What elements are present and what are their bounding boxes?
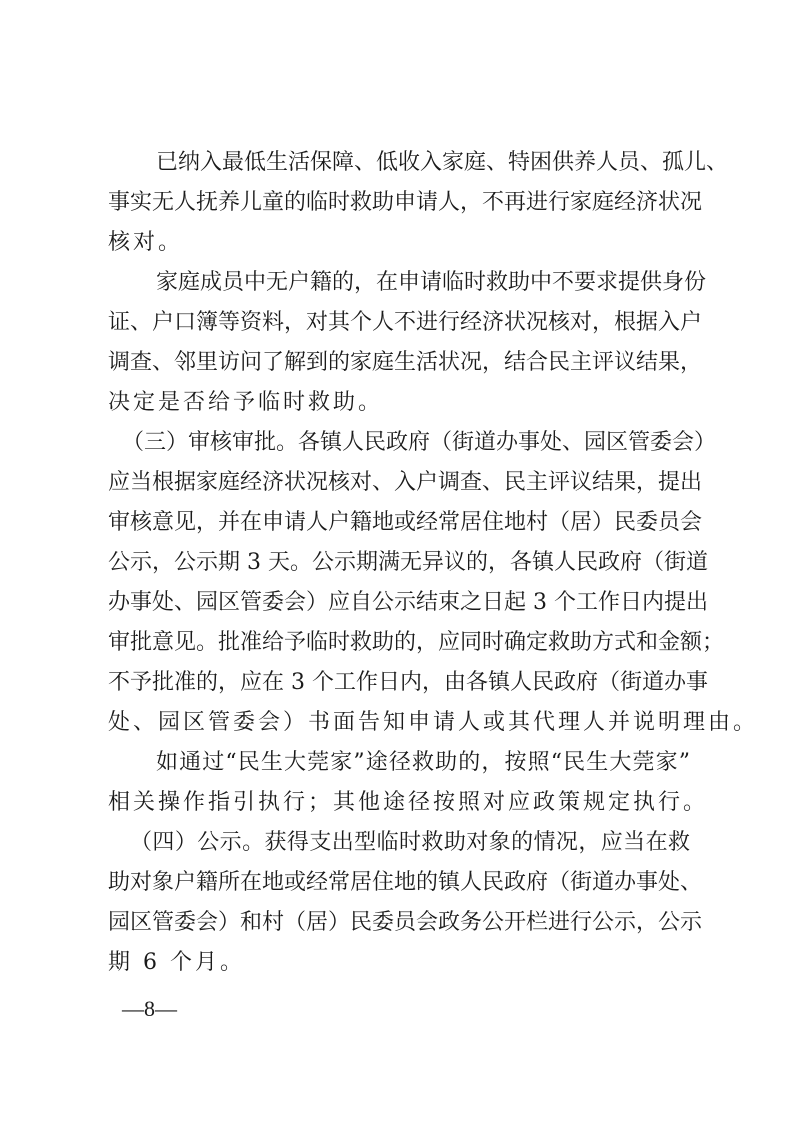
page-number: —8— — [122, 996, 177, 1022]
text-line: 期 6 个月。 — [108, 943, 690, 983]
paragraph: 已纳入最低生活保障、低收入家庭、特困供养人员、孤儿、 事实无人抚养儿童的临时救助… — [108, 143, 690, 263]
text-line: 审批意见。批准给予临时救助的，应同时确定救助方式和金额； — [108, 623, 690, 663]
text-line: 调查、邻里访问了解到的家庭生活状况，结合民主评议结果， — [108, 343, 690, 383]
text-line: 公示，公示期 3 天。公示期满无异议的，各镇人民政府（街道 — [108, 543, 690, 583]
text-line: 如通过“民生大莞家”途径救助的，按照“民生大莞家” — [108, 743, 690, 783]
text-line: 核对。 — [108, 223, 690, 263]
text-line: 处、园区管委会）书面告知申请人或其代理人并说明理由。 — [108, 703, 690, 743]
text-line: 园区管委会）和村（居）民委员会政务公开栏进行公示，公示 — [108, 903, 690, 943]
paragraph-section-review-approval: （三）审核审批。各镇人民政府（街道办事处、园区管委会） 应当根据家庭经济状况核对… — [108, 423, 690, 743]
text-line: 已纳入最低生活保障、低收入家庭、特困供养人员、孤儿、 — [108, 143, 690, 183]
text-line: 证、户口簿等资料，对其个人不进行经济状况核对，根据入户 — [108, 303, 690, 343]
text-line: 审核意见，并在申请人户籍地或经常居住地村（居）民委员会 — [108, 503, 690, 543]
text-line: 决定是否给予临时救助。 — [108, 383, 690, 423]
text-line: 办事处、园区管委会）应自公示结束之日起 3 个工作日内提出 — [108, 583, 690, 623]
text-line: 家庭成员中无户籍的，在申请临时救助中不要求提供身份 — [108, 263, 690, 303]
paragraph: 如通过“民生大莞家”途径救助的，按照“民生大莞家” 相关操作指引执行；其他途径按… — [108, 743, 690, 823]
paragraph-section-publicity: （四）公示。获得支出型临时救助对象的情况，应当在救 助对象户籍所在地或经常居住地… — [108, 823, 690, 983]
section-heading-line: （四）公示。获得支出型临时救助对象的情况，应当在救 — [108, 823, 690, 863]
text-line: 不予批准的，应在 3 个工作日内，由各镇人民政府（街道办事 — [108, 663, 690, 703]
text-line: 应当根据家庭经济状况核对、入户调查、民主评议结果，提出 — [108, 463, 690, 503]
paragraph: 家庭成员中无户籍的，在申请临时救助中不要求提供身份 证、户口簿等资料，对其个人不… — [108, 263, 690, 423]
text-line: 助对象户籍所在地或经常居住地的镇人民政府（街道办事处、 — [108, 863, 690, 903]
text-line: 相关操作指引执行；其他途径按照对应政策规定执行。 — [108, 783, 690, 823]
document-body: 已纳入最低生活保障、低收入家庭、特困供养人员、孤儿、 事实无人抚养儿童的临时救助… — [108, 143, 690, 983]
text-line: 事实无人抚养儿童的临时救助申请人，不再进行家庭经济状况 — [108, 183, 690, 223]
section-heading-line: （三）审核审批。各镇人民政府（街道办事处、园区管委会） — [108, 423, 690, 463]
